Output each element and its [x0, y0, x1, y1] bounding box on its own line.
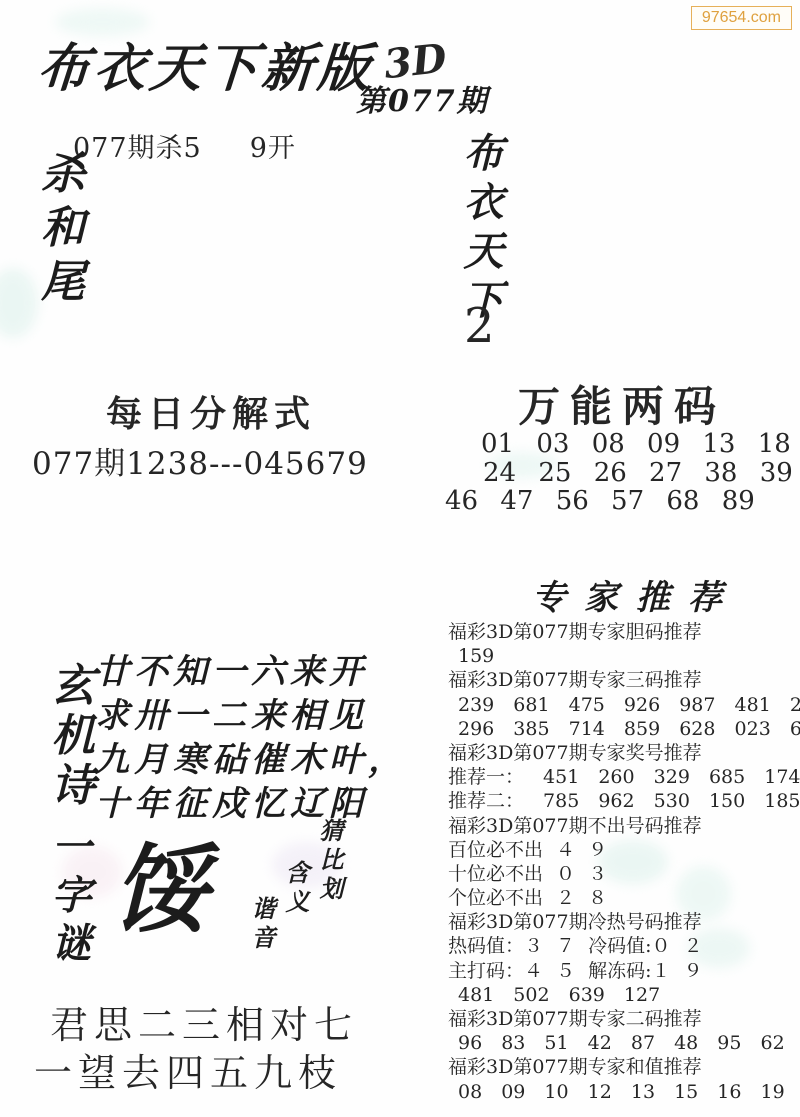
- poem-line: 求卅一二来相见: [95, 694, 407, 738]
- kill-text: 077期杀5: [73, 133, 202, 164]
- poem-lines: 廿不知一六来开 求卅一二来相见 九月寒砧催木叶， 十年征戍忆辽阳: [95, 650, 407, 826]
- expert-line: 福彩3D第077期专家二码推荐: [448, 1007, 798, 1031]
- expert-line: 481 502 639 127: [448, 983, 798, 1007]
- two-codes-rows: 01 03 08 09 13 18 19? 24 25 26 27 38 39 …: [443, 430, 800, 516]
- kill-line: 077期杀59开: [73, 126, 296, 165]
- expert-line: 福彩3D第077期专家胆码推荐: [448, 620, 798, 644]
- riddle-label-vertical: 一字谜: [40, 826, 97, 970]
- expert-line: 个位必不出 ２ ８: [448, 886, 798, 910]
- riddle-character: 馁: [112, 842, 208, 938]
- expert-line: 福彩3D第077期专家和值推荐: [448, 1055, 798, 1079]
- footer-verse-2: 一望去四五九枝: [34, 1042, 342, 1097]
- lottery-sheet: 97654.com 布衣天下新版 3D 第077期 077期杀59开 杀和尾 布…: [0, 0, 800, 1117]
- kill-tail-vertical: 杀和尾: [26, 150, 90, 312]
- expert-line: 159: [448, 644, 798, 668]
- poem-line: 九月寒砧催木叶，: [95, 738, 407, 782]
- poem-line: 廿不知一六来开: [95, 650, 407, 694]
- expert-line: 福彩3D第077期不出号码推荐: [448, 814, 798, 838]
- expert-line: 296 385 714 859 628 023 697: [448, 717, 798, 741]
- footer-verse-1: 君思二三相对七: [50, 994, 358, 1049]
- expert-line: 福彩3D第077期冷热号码推荐: [448, 910, 798, 934]
- kill-open: 9开: [250, 133, 296, 164]
- issue-label: 第077期: [356, 76, 489, 120]
- site-watermark[interactable]: 97654.com: [691, 6, 792, 30]
- riddle-hint-2: 含义: [278, 860, 313, 918]
- riddle-hint-1: 猜比划: [312, 818, 347, 905]
- two-codes-row-2: 24 25 26 27 38 39 45?: [443, 459, 800, 488]
- site-watermark-text: 97654.com: [702, 9, 781, 26]
- expert-line: 08 09 10 12 13 15 16 19 20: [448, 1080, 798, 1104]
- two-codes-row-1: 01 03 08 09 13 18 19?: [443, 430, 800, 459]
- expert-header: 专家推荐: [532, 570, 740, 619]
- expert-line: 96 83 51 42 87 48 95 62 41: [448, 1031, 798, 1055]
- daily-title: 每日分解式: [106, 386, 316, 437]
- expert-lines: 福彩3D第077期专家胆码推荐 159 福彩3D第077期专家三码推荐 239 …: [448, 620, 798, 1104]
- expert-line: 推荐二： 785 962 530 150 185: [448, 789, 798, 813]
- riddle-hint-3: 谐音: [244, 896, 279, 954]
- expert-line: 十位必不出 ０ ３: [448, 862, 798, 886]
- expert-line: 福彩3D第077期专家奖号推荐: [448, 741, 798, 765]
- brand-number: 2: [464, 298, 495, 354]
- poem-label-vertical: 玄机诗: [36, 662, 100, 812]
- two-codes-title: 万能两码: [518, 374, 726, 434]
- expert-line: 热码值：３ ７ 冷码值:０ ２: [448, 934, 798, 958]
- main-title: 布衣天下新版: [35, 26, 376, 101]
- expert-line: 239 681 475 926 987 481 274: [448, 693, 798, 717]
- expert-line: 百位必不出 ４ ９: [448, 838, 798, 862]
- poem-line: 十年征戍忆辽阳: [95, 782, 407, 826]
- expert-line: 福彩3D第077期专家三码推荐: [448, 668, 798, 692]
- expert-line: 主打码：４ ５ 解冻码:１ ９: [448, 959, 798, 983]
- daily-formula: 077期1238---045679: [32, 438, 368, 483]
- expert-line: 推荐一： 451 260 329 685 174: [448, 765, 798, 789]
- two-codes-row-3: 46 47 56 57 68 89: [443, 487, 800, 516]
